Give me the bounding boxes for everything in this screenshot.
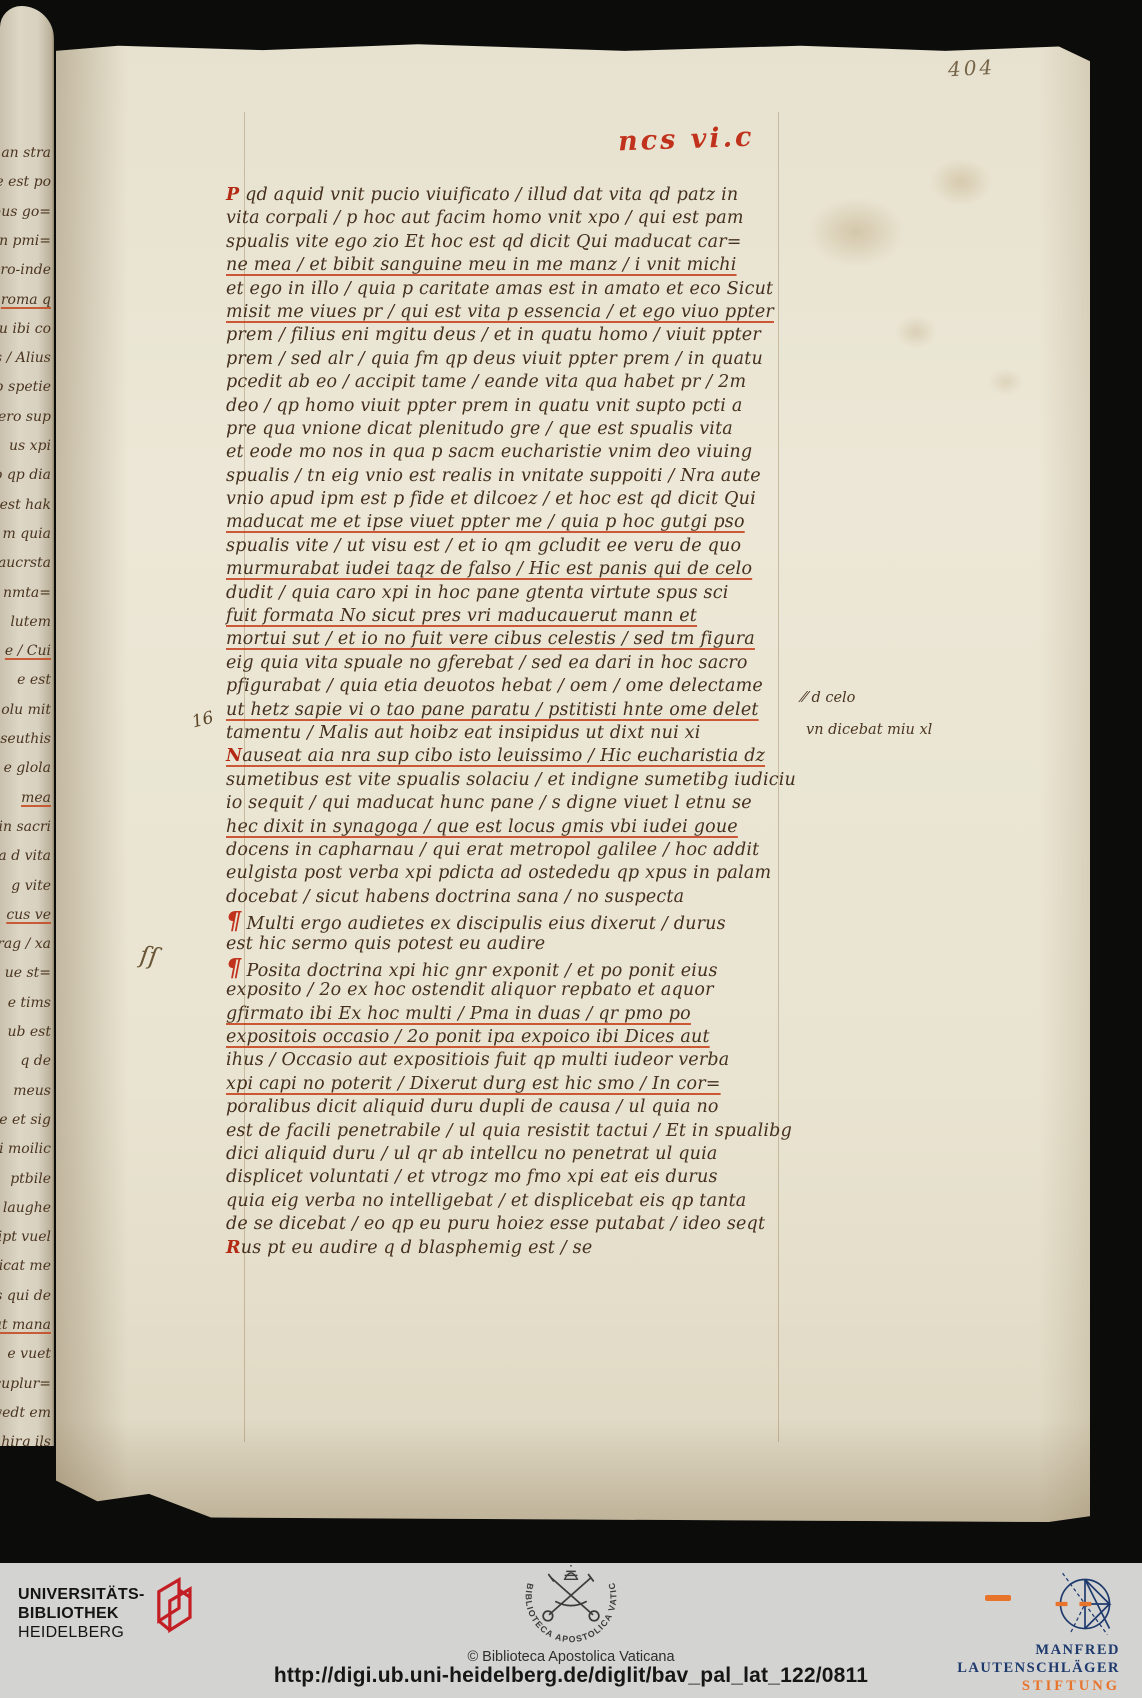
manuscript-line: spualis / tn eig vnio est realis in vnit… xyxy=(226,465,812,488)
facing-page-text-fragment: trag / xa xyxy=(0,936,51,952)
manuscript-line: ihus / Occasio aut expositiois fuit qp m… xyxy=(226,1049,812,1072)
rubric-initial: R xyxy=(226,1238,241,1258)
manuscript-line: xpi capi no poterit / Dixerut durg est h… xyxy=(226,1073,812,1096)
manuscript-line: tamentu / Malis aut hoibz eat insipidus … xyxy=(226,722,812,745)
facing-page-text-fragment: ptbile xyxy=(10,1171,51,1187)
manuscript-line: Nauseat aia nra sup cibo isto leuissimo … xyxy=(226,745,812,768)
facing-page-text-fragment: q de xyxy=(20,1053,51,1069)
mls-label-line2: LAUTENSCHLÄGER xyxy=(957,1659,1120,1677)
rubric-initial: P xyxy=(226,185,239,205)
facing-page-text-fragment: e est xyxy=(17,672,51,688)
facing-page-text-fragment: in pmi= xyxy=(0,233,51,249)
manuscript-line: vnio apud ipm est p fide et dilcoez / et… xyxy=(226,488,812,511)
manuscript-text-block: P qd aquid vnit pucio viuificato / illud… xyxy=(226,184,812,1260)
manuscript-line: ¶Posita doctrina xpi hic gnr exponit / e… xyxy=(226,956,812,979)
manuscript-line: pfigurabat / quia etia deuotos hebat / o… xyxy=(226,675,812,698)
manuscript-line: poralibus dicit aliquid duru dupli de ca… xyxy=(226,1096,812,1119)
ubh-label-line2: BIBLIOTHEK xyxy=(18,1604,145,1623)
facing-page-text-fragment: aucrsta xyxy=(0,555,51,571)
manuscript-line: deo / qp homo viuit ppter prem in quatu … xyxy=(226,395,812,418)
facing-page-text-fragment: e / Cui xyxy=(5,643,51,659)
facing-page-text-fragment: uero sup xyxy=(0,409,51,425)
facing-page-text-fragment: ws qui de xyxy=(0,1288,51,1304)
manuscript-line: prem / sed alr / quia fm qp deus viuit p… xyxy=(226,348,812,371)
manuscript-line: quia eig verba no intelligebat / et disp… xyxy=(226,1190,812,1213)
facing-page-edge: an strae est podibus go=in pmi=pro-inder… xyxy=(0,6,54,1446)
manuscript-line: sumetibus est vite spualis solaciu / et … xyxy=(226,769,812,792)
manuscript-line: displicet voluntati / et vtrogz mo fmo x… xyxy=(226,1166,812,1189)
manuscript-line: fuit formata No sicut pres vri maducauer… xyxy=(226,605,812,628)
facing-page-text-fragment: icat me xyxy=(0,1258,51,1274)
facing-page-text-fragment: in cuplur= xyxy=(0,1376,51,1392)
facing-page-text-fragment: atu ibi co xyxy=(0,321,51,337)
facing-page-text-fragment: laughe xyxy=(3,1200,51,1216)
manuscript-line: dici aliquid duru / ul qr ab intellcu no… xyxy=(226,1143,812,1166)
rubric-initial: N xyxy=(226,746,242,766)
facing-page-text-fragment: sub spetie xyxy=(0,379,51,395)
manuscript-line: P qd aquid vnit pucio viuificato / illud… xyxy=(226,184,812,207)
manuscript-line: Rus pt eu audire q d blasphemig est / se xyxy=(226,1237,812,1260)
manuscript-line: est hic sermo quis potest eu audire xyxy=(226,933,812,956)
running-title: ncs vi.c xyxy=(618,122,755,158)
facing-page-text-fragment: a d vita xyxy=(0,848,51,864)
manuscript-line: dudit / quia caro xpi in hoc pane gtenta… xyxy=(226,582,812,605)
vatican-copyright: © Biblioteca Apostolica Vaticana xyxy=(421,1649,721,1665)
manuscript-line: murmurabat iudei taqz de falso / Hic est… xyxy=(226,558,812,581)
manuscript-line: eig quia vita spuale no gferebat / sed e… xyxy=(226,652,812,675)
folio-number: 404 xyxy=(947,55,995,81)
facing-page-text-fragment: us / Alius xyxy=(0,350,51,366)
manuscript-line: pre qua vnione dicat plenitudo gre / que… xyxy=(226,418,812,441)
facing-page-text-fragment: e vuet xyxy=(7,1346,51,1362)
facing-page-text-fragment: st nmta= xyxy=(0,585,51,601)
manuscript-line: est de facili penetrabile / ul quia resi… xyxy=(226,1120,812,1143)
facing-page-text-fragment: meus xyxy=(13,1083,51,1099)
manuscript-line: prem / filius eni mgitu deus / et in qua… xyxy=(226,324,812,347)
rubric-pilcrow-mark: ¶ xyxy=(226,953,241,982)
facing-page-text-fragment: at hirq ils xyxy=(0,1434,51,1446)
margin-note-left: 16 xyxy=(190,708,216,733)
facing-page-text-fragment: ub est xyxy=(7,1024,51,1040)
facing-page-text-fragment: dibus go= xyxy=(0,204,51,220)
manuscript-line: expositois occasio / 2o ponit ipa expoic… xyxy=(226,1026,812,1049)
mls-label-line3: STIFTUNG xyxy=(957,1677,1120,1695)
vatican-library-emblem-icon: BIBLIOTECA APOSTOLICA VATICANA xyxy=(503,1565,639,1651)
facing-page-text-fragment: m quia xyxy=(2,526,51,542)
margin-note-right: ⁄⁄ d celo xyxy=(802,690,855,706)
facing-page-text-fragment: cut mana xyxy=(0,1317,51,1333)
manuscript-line: io sequit / qui maducat hunc pane / s di… xyxy=(226,792,812,815)
manuscript-line: de se dicebat / eo qp eu puru hoiez esse… xyxy=(226,1213,812,1236)
manuscript-line: spualis vite ego zio Et hoc est qd dicit… xyxy=(226,231,812,254)
margin-note-right: vn dicebat miu xl xyxy=(806,722,932,738)
facing-page-text-fragment: e / seuthis xyxy=(0,731,51,747)
manuscript-line: ¶Multi ergo audietes ex discipulis eius … xyxy=(226,909,812,932)
facing-page-text-fragment: e glola xyxy=(4,760,51,776)
ub-heidelberg-book-icon xyxy=(151,1577,207,1643)
manuscript-line: docens in capharnau / qui erat metropol … xyxy=(226,839,812,862)
ub-heidelberg-branding: UNIVERSITÄTS- BIBLIOTHEK HEIDELBERG xyxy=(18,1577,207,1643)
manuscript-line: docebat / sicut habens doctrina sana / n… xyxy=(226,886,812,909)
rubric-pilcrow-mark: ¶ xyxy=(226,906,241,935)
manuscript-line: mortui sut / et io no fuit vere cibus ce… xyxy=(226,628,812,651)
facing-page-text-fragment: est hak xyxy=(0,497,51,513)
facing-page-text-fragment: g vite xyxy=(11,878,51,894)
manuscript-line: ut hetz sapie vi o tao pane paratu / pst… xyxy=(226,699,812,722)
facing-page-text-fragment: e est po xyxy=(0,174,51,190)
mls-compass-logo-icon xyxy=(1050,1569,1120,1639)
facing-page-text-fragment: lutem xyxy=(10,614,51,630)
manuscript-page: 404 ncs vi.c P qd aquid vnit pucio viuif… xyxy=(56,42,1090,1522)
facing-page-text-fragment: e tims xyxy=(8,995,51,1011)
vatican-library-branding: BIBLIOTECA APOSTOLICA VATICANA © Bibliot… xyxy=(421,1563,721,1665)
facing-page-text-fragment: ue st= xyxy=(5,965,51,981)
manuscript-line: eulgista post verba xpi pdicta ad ostede… xyxy=(226,862,812,885)
facing-page-text-fragment: o qp dia xyxy=(0,467,51,483)
footer-bar: UNIVERSITÄTS- BIBLIOTHEK HEIDELBERG xyxy=(0,1563,1142,1698)
facing-page-text-fragment: pro-inde xyxy=(0,262,51,278)
manuscript-line: vita corpali / p hoc aut facim homo vnit… xyxy=(226,207,812,230)
mls-label-line1: MANFRED xyxy=(957,1641,1120,1659)
facing-page-text-fragment: roma q xyxy=(1,292,51,308)
ubh-label-line1: UNIVERSITÄTS- xyxy=(18,1585,145,1604)
manuscript-line: pcedit ab eo / accipit tame / eande vita… xyxy=(226,371,812,394)
margin-paragraph-mark: ſſ xyxy=(138,941,159,971)
manuscript-line: spualis vite / ut visu est / et io qm gc… xyxy=(226,535,812,558)
facing-page-text-fragment: mea xyxy=(21,790,51,806)
facing-page-text-fragment: in sacri xyxy=(0,819,51,835)
facing-page-text-fragment: an stra xyxy=(1,145,51,161)
manuscript-line: gfirmato ibi Ex hoc multi / Pma in duas … xyxy=(226,1003,812,1026)
facing-page-text-fragment: wedt em xyxy=(0,1405,51,1421)
facing-page-text-fragment: e et sig xyxy=(0,1112,51,1128)
manuscript-line: hec dixit in synagoga / que est locus gm… xyxy=(226,816,812,839)
facing-page-text-fragment: ipt vuel xyxy=(0,1229,51,1245)
manuscript-line: exposito / 2o ex hoc ostendit aliquor re… xyxy=(226,979,812,1002)
manuscript-line: ne mea / et bibit sanguine meu in me man… xyxy=(226,254,812,277)
mls-branding: MANFRED LAUTENSCHLÄGER STIFTUNG xyxy=(957,1569,1120,1695)
ubh-label-line3: HEIDELBERG xyxy=(18,1623,145,1642)
facing-page-text-fragment: cus ve xyxy=(6,907,51,923)
manuscript-photo: an strae est podibus go=in pmi=pro-inder… xyxy=(0,0,1142,1563)
facing-page-text-fragment: us xpi xyxy=(9,438,51,454)
manuscript-line: et eode mo nos in qua p sacm eucharistie… xyxy=(226,441,812,464)
manuscript-line: maducat me et ipse viuet ppter me / quia… xyxy=(226,511,812,534)
manuscript-line: misit me viues pr / qui est vita p essen… xyxy=(226,301,812,324)
facing-page-text-fragment: i moilic xyxy=(0,1141,51,1157)
manuscript-line: et ego in illo / quia p caritate amas es… xyxy=(226,278,812,301)
facing-page-text-fragment: olu mit xyxy=(1,702,51,718)
